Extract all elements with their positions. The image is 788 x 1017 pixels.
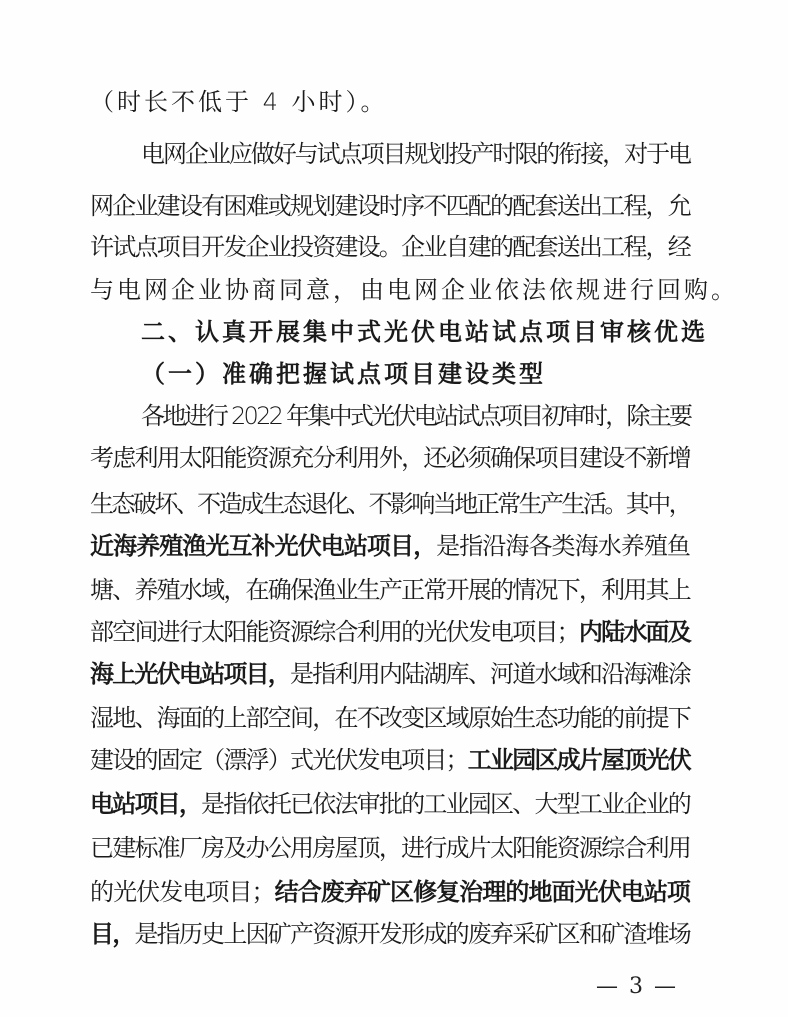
text-line: 目，是指历史上因矿产资源开发形成的废弃采矿区和矿渣堆场 [90, 920, 690, 948]
text-line: 网企业建设有困难或规划建设时序不匹配的配套送出工程，允 [90, 192, 690, 220]
bold-term: （一）准确把握试点项目建设类型 [141, 360, 546, 388]
bold-term: 电站项目， [90, 790, 201, 818]
text-line: （时长不低于 4 小时）。 [90, 88, 690, 116]
text-segment: 部空间进行太阳能资源综合利用的光伏发电项目； [90, 618, 579, 646]
text-segment: 建设的固定（漂浮）式光伏发电项目； [90, 746, 468, 774]
bold-term: 二、认真开展集中式光伏电站试点项目审核优选 [141, 318, 708, 346]
text-segment: 是指历史上因矿产资源开发形成的废弃采矿区和矿渣堆场 [134, 920, 690, 948]
text-line: 电站项目，是指依托已依法审批的工业园区、大型工业企业的 [90, 790, 690, 818]
document-page: （时长不低于 4 小时）。电网企业应做好与试点项目规划投产时限的衔接，对于电网企… [0, 0, 788, 1017]
text-line: 已建标准厂房及办公用房屋顶，进行成片太阳能资源综合利用 [90, 834, 690, 862]
text-line: 海上光伏电站项目，是指利用内陆湖库、河道水域和沿海滩涂 [90, 660, 690, 688]
bold-term: 海上光伏电站项目， [90, 660, 290, 688]
text-line: 湿地、海面的上部空间，在不改变区域原始生态功能的前提下 [90, 704, 690, 732]
text-segment: 湿地、海面的上部空间，在不改变区域原始生态功能的前提下 [90, 704, 690, 732]
text-segment: 生态破坏、不造成生态退化、不影响当地正常生产生活。其中， [90, 490, 690, 518]
text-line: 塘、养殖水域，在确保渔业生产正常开展的情况下，利用其上 [90, 576, 690, 604]
text-line: 与电网企业协商同意，由电网企业依法依规进行回购。 [90, 276, 690, 304]
text-line: 电网企业应做好与试点项目规划投产时限的衔接，对于电 [141, 140, 690, 168]
text-segment: 网企业建设有困难或规划建设时序不匹配的配套送出工程，允 [90, 192, 690, 220]
text-line: 部空间进行太阳能资源综合利用的光伏发电项目；内陆水面及 [90, 618, 690, 646]
page-number: — 3 — [596, 974, 678, 999]
text-line: 各地进行 2022 年集中式光伏电站试点项目初审时，除主要 [141, 402, 690, 430]
text-line: 考虑利用太阳能资源充分利用外，还必须确保项目建设不新增 [90, 444, 690, 472]
text-segment: 已建标准厂房及办公用房屋顶，进行成片太阳能资源综合利用 [90, 834, 690, 862]
text-segment: 的光伏发电项目； [90, 878, 275, 906]
text-line: 近海养殖渔光互补光伏电站项目，是指沿海各类海水养殖鱼 [90, 532, 690, 560]
bold-term: 内陆水面及 [579, 618, 690, 646]
text-line: 许试点项目开发企业投资建设。企业自建的配套送出工程，经 [90, 233, 690, 261]
text-segment: 考虑利用太阳能资源充分利用外，还必须确保项目建设不新增 [90, 444, 690, 472]
text-line: 建设的固定（漂浮）式光伏发电项目；工业园区成片屋顶光伏 [90, 746, 690, 774]
text-segment: 是指利用内陆湖库、河道水域和沿海滩涂 [290, 660, 690, 688]
text-segment: 各地进行 2022 年集中式光伏电站试点项目初审时，除主要 [141, 402, 690, 430]
bold-term: 近海养殖渔光互补光伏电站项目， [90, 532, 436, 560]
text-line: （一）准确把握试点项目建设类型 [141, 360, 690, 388]
text-segment: （时长不低于 4 小时）。 [90, 88, 388, 116]
bold-term: 目， [90, 920, 134, 948]
text-line: 二、认真开展集中式光伏电站试点项目审核优选 [141, 318, 690, 346]
bold-term: 结合废弃矿区修复治理的地面光伏电站项 [275, 878, 690, 906]
text-segment: 电网企业应做好与试点项目规划投产时限的衔接，对于电 [141, 140, 690, 168]
text-line: 生态破坏、不造成生态退化、不影响当地正常生产生活。其中， [90, 490, 690, 518]
text-segment: 与电网企业协商同意，由电网企业依法依规进行回购。 [90, 276, 738, 304]
text-line: 的光伏发电项目；结合废弃矿区修复治理的地面光伏电站项 [90, 878, 690, 906]
text-segment: 许试点项目开发企业投资建设。企业自建的配套送出工程，经 [90, 233, 690, 261]
bold-term: 工业园区成片屋顶光伏 [468, 746, 690, 774]
text-segment: 塘、养殖水域，在确保渔业生产正常开展的情况下，利用其上 [90, 576, 690, 604]
text-segment: 是指沿海各类海水养殖鱼 [436, 532, 690, 560]
text-segment: 是指依托已依法审批的工业园区、大型工业企业的 [201, 790, 690, 818]
